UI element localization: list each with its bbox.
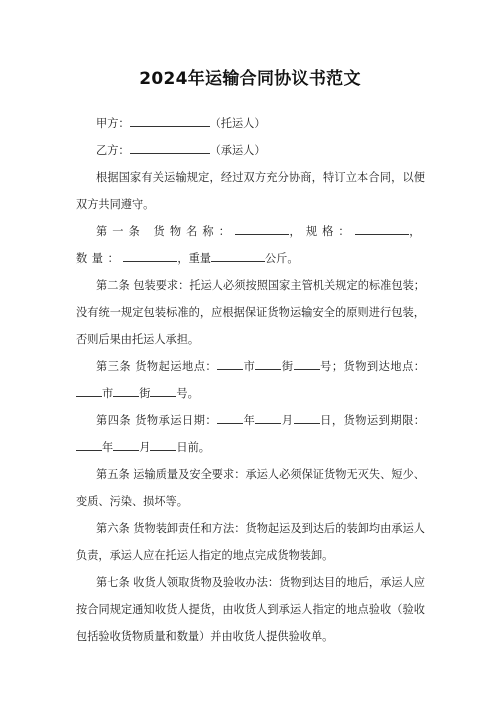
clause-4-year2: 年 [102,441,113,454]
ship-day-blank [294,412,320,424]
clause-3-city2: 市 [102,387,113,400]
ship-year-blank [217,412,243,424]
clause-4-month2: 月 [139,441,150,454]
clause-4-day2: 日前。 [176,441,210,454]
intro-paragraph: 根据国家有关运输规定，经过双方充分协商，特订立本合同，以便双方共同遵守。 [76,164,425,218]
party-b-label: 乙方： [96,144,130,157]
party-b-line: 乙方：（承运人） [76,137,425,164]
clause-4-head: 第四条 货物承运日期： [96,414,217,427]
clause-1: 第一条 货物名称：，规格：，数量：，重量公斤。 [76,218,425,272]
party-a-label: 甲方： [96,117,130,130]
clause-3-city: 市 [243,360,255,373]
document-page: 2024年运输合同协议书范文 甲方：（托运人） 乙方：（承运人） 根据国家有关运… [0,0,500,707]
clause-1-head: 第一条 货物名称： [96,225,235,238]
clause-2: 第二条 包装要求：托运人必须按照国家主管机关规定的标准包装；没有统一规定包装标准… [76,272,425,353]
party-b-blank [130,142,210,154]
origin-city-blank [217,358,243,370]
clause-1-unit: 公斤。 [265,252,299,265]
clause-3-street: 街 [281,360,293,373]
party-a-line: 甲方：（托运人） [76,110,425,137]
dest-street-blank [113,385,139,397]
origin-street-blank [255,358,281,370]
clause-6: 第六条 货物装卸责任和方法：货物起运及到达后的装卸均由承运人负责，承运人应在托运… [76,515,425,569]
clause-1-spec: ，规格： [289,225,355,238]
weight-blank [211,250,265,262]
clause-3-street2: 街 [139,387,150,400]
deadline-month-blank [113,439,139,451]
clause-5: 第五条 运输质量及安全要求：承运人必须保证货物无灭失、短少、变质、污染、损坏等。 [76,461,425,515]
dest-city-blank [76,385,102,397]
quantity-blank [123,250,177,262]
document-title: 2024年运输合同协议书范文 [0,64,500,89]
clause-4-year: 年 [243,414,255,427]
dest-no-blank [150,385,176,397]
clause-3-no: 号；货物到达地点： [320,360,425,373]
ship-month-blank [255,412,281,424]
deadline-year-blank [76,439,102,451]
party-a-blank [130,115,210,127]
spec-blank [355,223,409,235]
document-body: 甲方：（托运人） 乙方：（承运人） 根据国家有关运输规定，经过双方充分协商，特订… [76,110,425,650]
clause-1-weight: ，重量 [177,252,211,265]
party-a-role: （托运人） [210,117,266,130]
goods-name-blank [235,223,289,235]
clause-3: 第三条 货物起运地点：市街号；货物到达地点：市街号。 [76,353,425,407]
clause-3-no2: 号。 [176,387,198,400]
clause-4-day: 日，货物运到期限： [320,414,425,427]
deadline-day-blank [150,439,176,451]
clause-7: 第七条 收货人领取货物及验收办法：货物到达目的地后，承运人应按合同规定通知收货人… [76,569,425,650]
clause-4: 第四条 货物承运日期：年月日，货物运到期限：年月日前。 [76,407,425,461]
clause-3-head: 第三条 货物起运地点： [96,360,217,373]
clause-4-month: 月 [281,414,293,427]
party-b-role: （承运人） [210,144,266,157]
origin-no-blank [294,358,320,370]
